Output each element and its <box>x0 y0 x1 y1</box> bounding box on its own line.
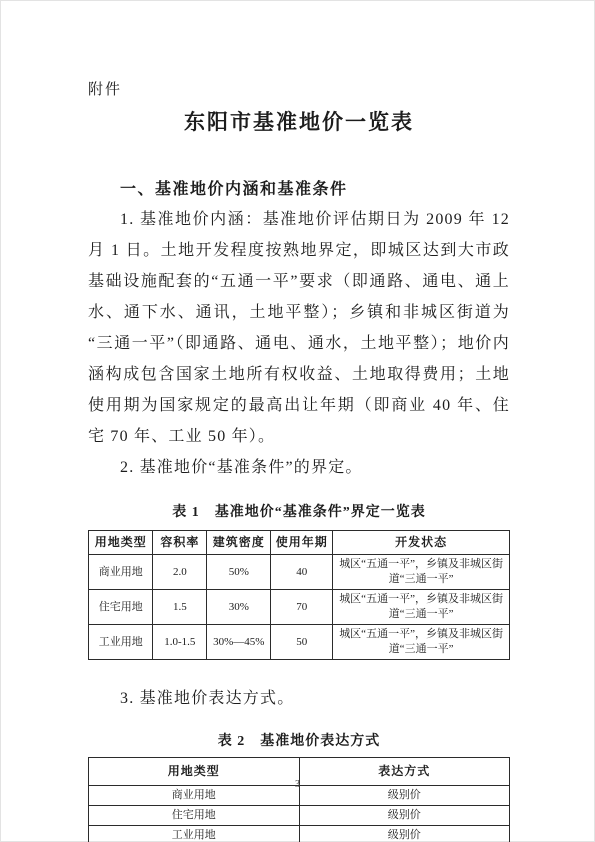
cell-plot-ratio: 1.5 <box>153 590 207 625</box>
attachment-label: 附件 <box>88 78 510 99</box>
cell-land-type: 工业用地 <box>89 625 153 660</box>
cell-density: 30%—45% <box>207 625 271 660</box>
price-expression-table: 用地类型 表达方式 商业用地 级别价 住宅用地 级别价 工业用地 级别价 <box>88 757 510 842</box>
section-heading: 一、基准地价内涵和基准条件 <box>88 176 510 199</box>
page-title: 东阳市基准地价一览表 <box>88 106 510 136</box>
cell-land-type: 商业用地 <box>89 555 153 590</box>
cell-land-type: 住宅用地 <box>89 590 153 625</box>
table1-caption: 表 1 基准地价“基准条件”界定一览表 <box>88 501 510 521</box>
table-row: 工业用地 1.0-1.5 30%—45% 50 城区“五通一平”，乡镇及非城区街… <box>89 625 510 660</box>
benchmark-conditions-table: 用地类型 容积率 建筑密度 使用年期 开发状态 商业用地 2.0 50% 40 … <box>88 530 510 660</box>
table2-caption: 表 2 基准地价表达方式 <box>88 730 510 750</box>
table-row: 住宅用地 级别价 <box>89 806 510 826</box>
table-header-row: 用地类型 容积率 建筑密度 使用年期 开发状态 <box>89 531 510 555</box>
table1-header-dev-status: 开发状态 <box>333 531 510 555</box>
table-row: 商业用地 2.0 50% 40 城区“五通一平”，乡镇及非城区街道“三通一平” <box>89 555 510 590</box>
page-number: 3 <box>0 779 595 790</box>
cell-plot-ratio: 2.0 <box>153 555 207 590</box>
paragraph-benchmark-conditions: 2. 基准地价“基准条件”的界定。 <box>88 452 510 483</box>
table1-header-land-type: 用地类型 <box>89 531 153 555</box>
cell-land-type: 住宅用地 <box>89 806 300 826</box>
table-row: 工业用地 级别价 <box>89 826 510 842</box>
cell-use-term: 40 <box>271 555 333 590</box>
table1-header-plot-ratio: 容积率 <box>153 531 207 555</box>
table1-header-use-term: 使用年期 <box>271 531 333 555</box>
cell-use-term: 70 <box>271 590 333 625</box>
document-page: 附件 东阳市基准地价一览表 一、基准地价内涵和基准条件 1. 基准地价内涵：基准… <box>0 0 595 842</box>
table1-header-building-density: 建筑密度 <box>207 531 271 555</box>
cell-dev-status: 城区“五通一平”，乡镇及非城区街道“三通一平” <box>333 555 510 590</box>
paragraph-expression-method: 3. 基准地价表达方式。 <box>88 683 510 714</box>
cell-use-term: 50 <box>271 625 333 660</box>
cell-dev-status: 城区“五通一平”，乡镇及非城区街道“三通一平” <box>333 625 510 660</box>
cell-expression: 级别价 <box>299 806 510 826</box>
cell-plot-ratio: 1.0-1.5 <box>153 625 207 660</box>
cell-dev-status: 城区“五通一平”，乡镇及非城区街道“三通一平” <box>333 590 510 625</box>
cell-land-type: 工业用地 <box>89 826 300 842</box>
cell-density: 30% <box>207 590 271 625</box>
cell-density: 50% <box>207 555 271 590</box>
paragraph-land-price-definition: 1. 基准地价内涵：基准地价评估期日为 2009 年 12 月 1 日。土地开发… <box>88 204 510 452</box>
cell-expression: 级别价 <box>299 826 510 842</box>
table-row: 住宅用地 1.5 30% 70 城区“五通一平”，乡镇及非城区街道“三通一平” <box>89 590 510 625</box>
